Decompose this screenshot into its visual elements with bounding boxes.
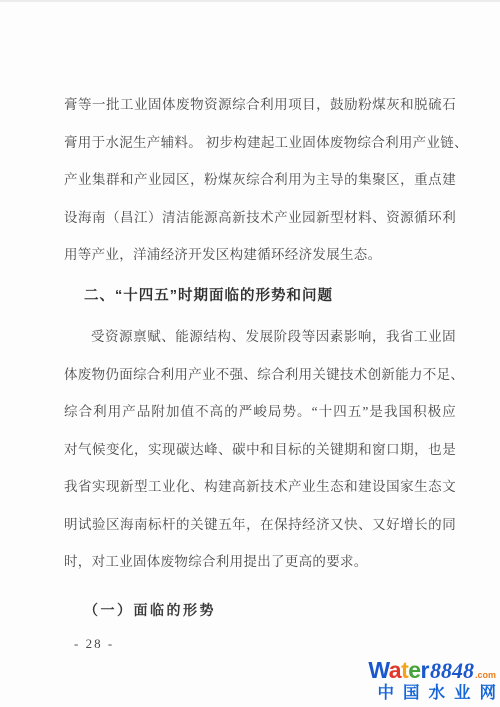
subsection-heading: （一）面临的形势	[64, 593, 456, 631]
paragraph-line: 我省实现新型工业化、构建高新技术产业生态和建设国家生态文	[64, 468, 456, 506]
water8848-logo-text: Water	[368, 659, 429, 682]
logo-tld: .com	[475, 671, 496, 680]
paragraph-line: 时，对工业固体废物综合利用提出了更高的要求。	[64, 543, 456, 581]
paragraph-1: 膏等一批工业固体废物资源综合利用项目，鼓励粉煤灰和脱硫石 膏用于水泥生产辅料。 …	[64, 86, 456, 274]
paragraph-line: 膏等一批工业固体废物资源综合利用项目，鼓励粉煤灰和脱硫石	[64, 86, 456, 124]
paragraph-line: 明试验区海南标杆的关键五年，在保持经济又快、又好增长的同	[64, 506, 456, 544]
paragraph-2: 受资源禀赋、能源结构、发展阶段等因素影响，我省工业固 体废物仍面综合利用产业不强…	[64, 318, 456, 581]
section-heading: 二、“十四五”时期面临的形势和问题	[64, 278, 456, 316]
paragraph-line: 综合利用产品附加值不高的严峻局势。“十四五”是我国积极应	[64, 393, 456, 431]
page-number: - 28 -	[74, 636, 114, 652]
logo-letter: r	[421, 657, 429, 683]
water8848-watermark: Water8848.com 中国水业网	[368, 659, 496, 702]
paragraph-line: 用等产业，洋浦经济开发区构建循环经济发展生态。	[64, 236, 456, 274]
logo-letter: W	[368, 657, 388, 683]
water8848-logo: Water8848.com	[368, 659, 496, 682]
paragraph-line: 膏用于水泥生产辅料。 初步构建起工业固体废物综合利用产业链、	[64, 124, 456, 162]
paragraph-line: 对气候变化，实现碳达峰、碳中和目标的关键期和窗口期，也是	[64, 431, 456, 469]
logo-letter: e	[408, 657, 420, 683]
document-page: 膏等一批工业固体废物资源综合利用项目，鼓励粉煤灰和脱硫石 膏用于水泥生产辅料。 …	[0, 0, 500, 707]
paragraph-line: 产业集群和产业园区，粉煤灰综合利用为主导的集聚区，重点建	[64, 161, 456, 199]
logo-letter: a	[389, 657, 401, 683]
water8848-site-name: 中国水业网	[368, 685, 500, 702]
paragraph-line: 体废物仍面综合利用产业不强、综合利用关键技术创新能力不足、	[64, 356, 456, 394]
paragraph-line: 设海南（昌江）清洁能源高新技术产业园新型材料、资源循环利	[64, 199, 456, 237]
document-body: 膏等一批工业固体废物资源综合利用项目，鼓励粉煤灰和脱硫石 膏用于水泥生产辅料。 …	[64, 86, 456, 630]
paragraph-line: 受资源禀赋、能源结构、发展阶段等因素影响，我省工业固	[64, 318, 456, 356]
logo-number: 8848	[430, 660, 474, 682]
